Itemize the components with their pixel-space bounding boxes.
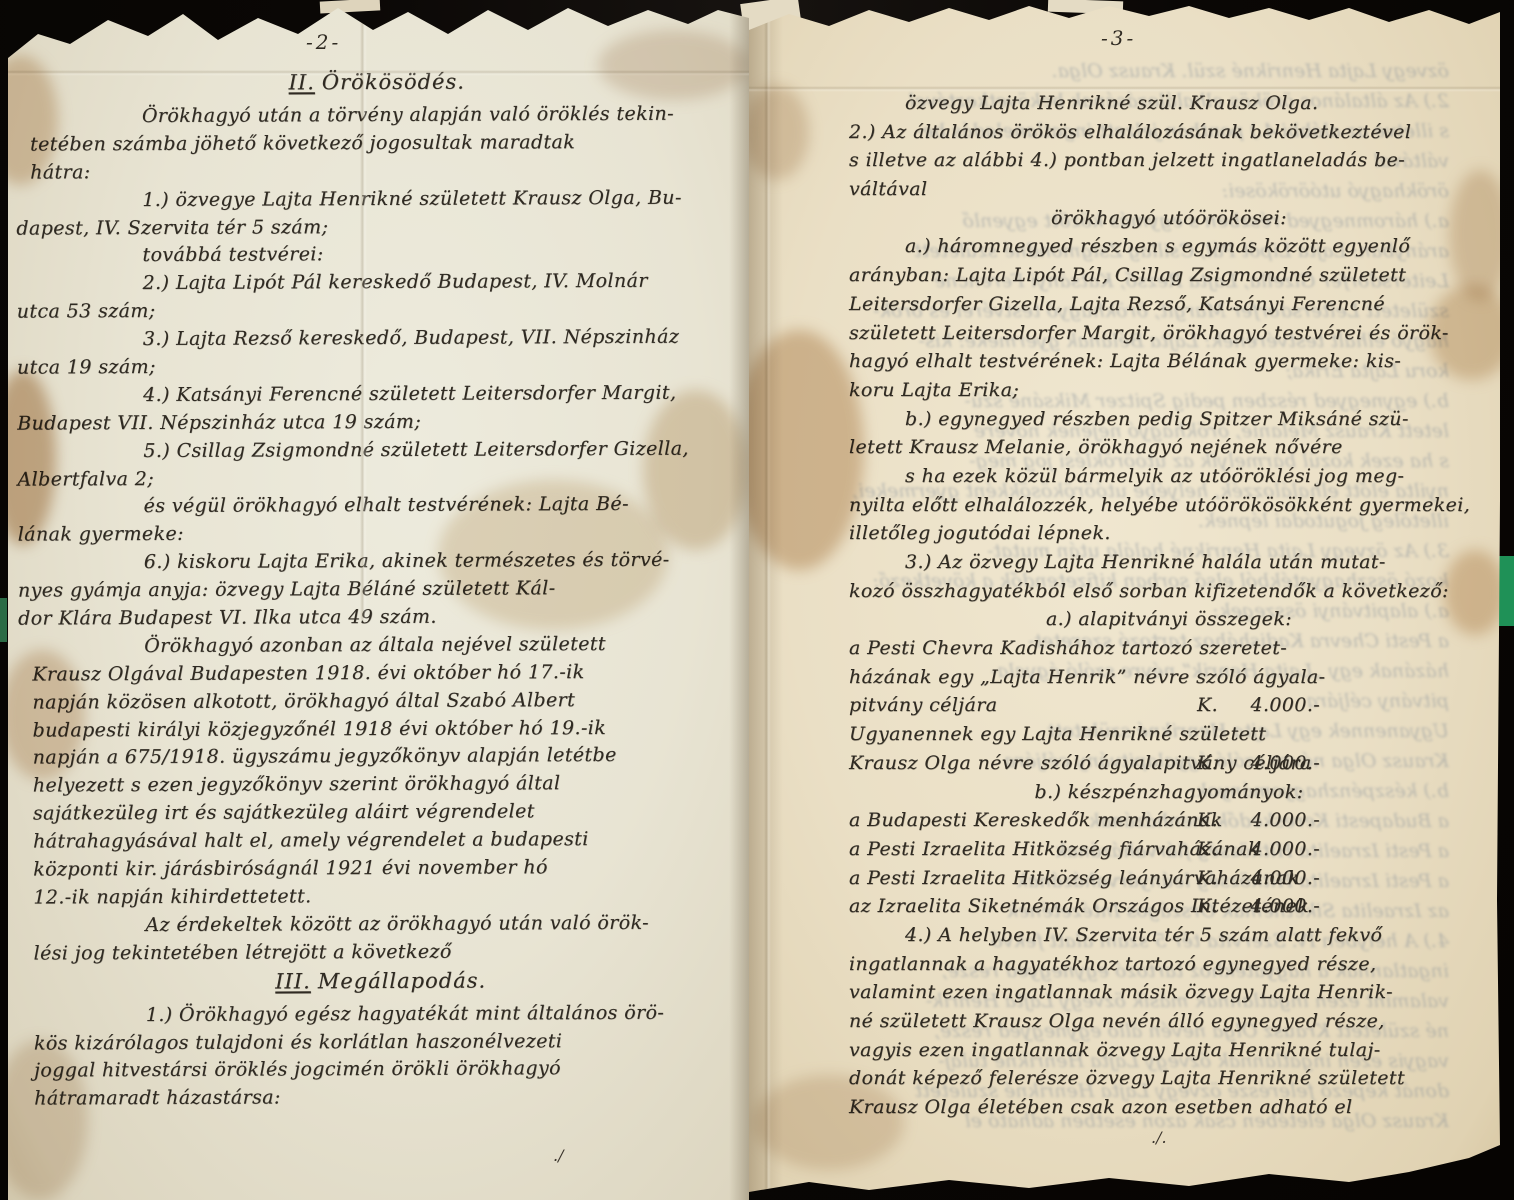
handwritten-line: hátrahagyásával halt el, amely végrendel… bbox=[33, 828, 727, 859]
line-text: sajátkezüleg irt és sajátkezüleg aláirt … bbox=[33, 801, 535, 825]
amount-value: K. 4.000.- bbox=[1197, 895, 1320, 917]
handwritten-line: ingatlannak a hagyatékhoz tartozó egyneg… bbox=[849, 953, 1489, 982]
handwritten-line: s ha ezek közül bármelyik az utóöröklési… bbox=[849, 465, 1489, 494]
line-text: hátrahagyásával halt el, amely végrendel… bbox=[33, 828, 589, 852]
handwritten-text-page-2: II.Örökösödés. Örökhagyó után a törvény … bbox=[30, 68, 729, 1115]
handwritten-line: 4.) Katsányi Ferencné született Leitersd… bbox=[31, 381, 725, 412]
handwritten-line: Örökhagyó azonban az általa nejével szül… bbox=[32, 632, 726, 663]
line-text: joggal hitvestársi öröklés jogcimén örök… bbox=[34, 1058, 561, 1082]
line-text: illetőleg jogutódai lépnek. bbox=[849, 522, 1111, 544]
line-text: hagyó elhalt testvérének: Lajta Bélának … bbox=[849, 350, 1401, 372]
line-text: budapesti királyi közjegyzőnél 1918 évi … bbox=[33, 717, 607, 742]
handwritten-line: budapesti királyi közjegyzőnél 1918 évi … bbox=[33, 716, 727, 747]
page-number: -3- bbox=[1101, 26, 1136, 50]
handwritten-line: a Pesti Chevra Kadishához tartozó szeret… bbox=[849, 637, 1489, 666]
line-text: vagyis ezen ingatlannak özvegy Lajta Hen… bbox=[849, 1039, 1381, 1061]
handwritten-line: s illetve az alábbi 4.) pontban jelzett … bbox=[849, 149, 1489, 178]
handwritten-line: dor Klára Budapest VI. Ilka utca 49 szám… bbox=[18, 605, 726, 636]
handwritten-line: Leitersdorfer Gizella, Lajta Rezső, Kats… bbox=[849, 293, 1489, 322]
line-text: 6.) kiskoru Lajta Erika, akinek természe… bbox=[144, 549, 670, 573]
amount-value: K. 4.000.- bbox=[1197, 752, 1320, 774]
line-text: hátra: bbox=[30, 161, 91, 183]
handwritten-line: II.Örökösödés. bbox=[30, 68, 724, 105]
line-text: koru Lajta Erika; bbox=[849, 379, 1019, 401]
section-numeral: III. bbox=[275, 969, 311, 993]
line-text: továbbá testvérei: bbox=[142, 244, 323, 267]
line-text: tetében számba jöhető következő jogosult… bbox=[30, 131, 575, 155]
handwritten-line: koru Lajta Erika; bbox=[849, 379, 1489, 408]
line-text: Krausz Olgával Budapesten 1918. évi októ… bbox=[32, 661, 584, 685]
handwritten-line: Krausz Olgával Budapesten 1918. évi októ… bbox=[32, 660, 726, 691]
handwritten-line: kös kizárólagos tulajdoni és korlátlan h… bbox=[34, 1029, 728, 1060]
handwritten-line: illetőleg jogutódai lépnek. bbox=[849, 522, 1489, 551]
line-text: 5.) Csillag Zsigmondné született Leiters… bbox=[143, 437, 689, 461]
line-text: lési jog tekintetében létrejött a követk… bbox=[34, 940, 452, 964]
line-text: napján közösen alkotott, örökhagyó által… bbox=[32, 689, 575, 713]
line-text: 2.) Lajta Lipót Pál kereskedő Budapest, … bbox=[143, 270, 648, 294]
handwritten-line: hátramaradt házastársa: bbox=[34, 1085, 728, 1116]
handwritten-line: a Pesti Izraelita Hitközség fiárvaházána… bbox=[849, 838, 1489, 867]
line-text: Budapest VII. Népszinház utca 19 szám; bbox=[17, 411, 421, 435]
line-text: központi kir. járásbiróságnál 1921 évi n… bbox=[33, 856, 548, 880]
handwritten-line: 1.) özvegye Lajta Henrikné született Kra… bbox=[30, 186, 724, 217]
line-text: b.) készpénzhagyományok: bbox=[1035, 781, 1304, 803]
handwritten-line: napján közösen alkotott, örökhagyó által… bbox=[32, 688, 726, 719]
line-text: a Pesti Chevra Kadishához tartozó szeret… bbox=[849, 637, 1287, 659]
amount-value: K. 4.000.- bbox=[1197, 838, 1320, 860]
document-scan: -2- II.Örökösödés. Örökhagyó után a törv… bbox=[0, 0, 1514, 1200]
stain bbox=[749, 85, 809, 180]
handwritten-line: hagyó elhalt testvérének: Lajta Bélának … bbox=[849, 350, 1489, 379]
line-text: a.) alapitványi összegek: bbox=[1046, 608, 1292, 630]
line-text: a Budapesti Kereskedők menházának bbox=[849, 809, 1223, 831]
line-text: 1.) özvegye Lajta Henrikné született Kra… bbox=[142, 186, 682, 210]
line-text: nyilta előtt elhalálozzék, helyébe utóör… bbox=[849, 494, 1470, 516]
handwritten-line: a.) háromnegyed részben s egymás között … bbox=[849, 235, 1489, 264]
line-text: 2.) Az általános örökös elhalálozásának … bbox=[849, 121, 1411, 143]
handwritten-line: napján a 675/1918. ügyszámu jegyzőkönyv … bbox=[33, 744, 727, 775]
handwritten-line: házának egy „Lajta Henrik” névre szóló á… bbox=[849, 666, 1489, 695]
line-text: Örökhagyó után a törvény alapján való ör… bbox=[142, 103, 674, 127]
line-text: nyes gyámja anyja: özvegy Lajta Béláné s… bbox=[18, 577, 556, 601]
handwritten-line: né született Krausz Olga nevén álló egyn… bbox=[849, 1010, 1489, 1039]
handwritten-line: dapest, IV. Szervita tér 5 szám; bbox=[16, 214, 724, 245]
handwritten-line: 4.) A helyben IV. Szervita tér 5 szám al… bbox=[849, 924, 1489, 953]
page-2-sheet: -2- II.Örökösödés. Örökhagyó után a törv… bbox=[8, 0, 749, 1200]
line-text: 3.) Lajta Rezső kereskedő, Budapest, VII… bbox=[143, 326, 679, 350]
handwritten-line: továbbá testvérei: bbox=[30, 242, 724, 273]
handwritten-line: 2.) Lajta Lipót Pál kereskedő Budapest, … bbox=[31, 270, 725, 301]
amount-value: K. 4.000.- bbox=[1197, 809, 1320, 831]
handwritten-line: kozó összhagyatékból első sorban kifizet… bbox=[849, 580, 1489, 609]
line-text: született Leitersdorfer Margit, örökhagy… bbox=[849, 322, 1449, 344]
handwritten-line: a Budapesti Kereskedők menházánakK. 4.00… bbox=[849, 809, 1489, 838]
handwritten-line: Krausz Olga névre szóló ágyalapitvány cé… bbox=[849, 752, 1489, 781]
handwritten-line: Budapest VII. Népszinház utca 19 szám; bbox=[17, 409, 725, 440]
line-text: helyezett s ezen jegyzőkönyv szerint örö… bbox=[33, 773, 561, 797]
handwritten-line: letett Krausz Melanie, örökhagyó nejének… bbox=[849, 436, 1489, 465]
line-text: utca 53 szám; bbox=[17, 300, 156, 323]
handwritten-line: nyes gyámja anyja: özvegy Lajta Béláné s… bbox=[18, 577, 726, 608]
stain bbox=[749, 330, 864, 570]
handwritten-line: lának gyermeke: bbox=[18, 521, 726, 552]
line-text: s illetve az alábbi 4.) pontban jelzett … bbox=[849, 149, 1405, 171]
line-text: arányban: Lajta Lipót Pál, Csillag Zsigm… bbox=[849, 264, 1406, 286]
line-text: házának egy „Lajta Henrik” névre szóló á… bbox=[849, 666, 1325, 688]
line-text: a.) háromnegyed részben s egymás között … bbox=[905, 235, 1410, 257]
line-text: utca 19 szám; bbox=[17, 356, 156, 379]
fold-crease bbox=[764, 0, 771, 1200]
line-text: kös kizárólagos tulajdoni és korlátlan h… bbox=[34, 1030, 562, 1054]
handwritten-line: központi kir. járásbiróságnál 1921 évi n… bbox=[33, 856, 727, 887]
page-3-sheet: özvegy Lajta Henrikné szül. Krausz Olga.… bbox=[749, 0, 1506, 1200]
section-numeral: II. bbox=[289, 70, 315, 94]
handwritten-line: özvegy Lajta Henrikné szül. Krausz Olga. bbox=[849, 92, 1489, 121]
line-text: dor Klára Budapest VI. Ilka utca 49 szám… bbox=[18, 606, 437, 630]
line-text: Albertfalva 2; bbox=[17, 468, 154, 491]
handwritten-line: Az érdekeltek között az örökhagyó után v… bbox=[33, 911, 727, 942]
handwritten-line: született Leitersdorfer Margit, örökhagy… bbox=[849, 322, 1489, 351]
handwritten-line: lési jog tekintetében létrejött a követk… bbox=[34, 939, 728, 970]
handwritten-line: helyezett s ezen jegyzőkönyv szerint örö… bbox=[33, 772, 727, 803]
continuation-mark: ./ bbox=[553, 1146, 563, 1165]
handwritten-line: b.) egynegyed részben pedig Spitzer Miks… bbox=[849, 408, 1489, 437]
page-number: -2- bbox=[306, 30, 341, 54]
handwritten-line: donát képező felerésze özvegy Lajta Henr… bbox=[849, 1067, 1489, 1096]
line-text: né született Krausz Olga nevén álló egyn… bbox=[849, 1010, 1385, 1032]
handwritten-line: a Pesti Izraelita Hitközség leányárvaház… bbox=[849, 867, 1489, 896]
handwritten-line: hátra: bbox=[30, 158, 724, 189]
line-text: b.) egynegyed részben pedig Spitzer Miks… bbox=[905, 408, 1409, 430]
handwritten-line: Albertfalva 2; bbox=[17, 465, 725, 496]
handwritten-line: és végül örökhagyó elhalt testvérének: L… bbox=[32, 493, 726, 524]
torn-paper-scrap bbox=[320, 0, 381, 14]
line-text: váltával bbox=[849, 178, 927, 200]
amount-value: K. 4.000.- bbox=[1197, 694, 1320, 716]
line-text: lának gyermeke: bbox=[18, 523, 184, 546]
line-text: Leitersdorfer Gizella, Lajta Rezső, Kats… bbox=[849, 293, 1385, 315]
line-text: letett Krausz Melanie, örökhagyó nejének… bbox=[849, 436, 1343, 458]
line-text: 1.) Örökhagyó egész hagyatékát mint álta… bbox=[146, 1001, 664, 1025]
line-text: és végül örökhagyó elhalt testvérének: L… bbox=[144, 493, 629, 517]
handwritten-line: b.) készpénzhagyományok: bbox=[849, 781, 1489, 810]
handwritten-line: 1.) Örökhagyó egész hagyatékát mint álta… bbox=[34, 1001, 728, 1032]
line-text: hátramaradt házastársa: bbox=[34, 1087, 281, 1110]
line-text: s ha ezek közül bármelyik az utóöröklési… bbox=[905, 465, 1404, 487]
handwritten-line: utca 19 szám; bbox=[17, 354, 725, 385]
handwritten-line: 12.-ik napján kihirdettetett. bbox=[33, 883, 727, 914]
handwritten-line: valamint ezen ingatlannak másik özvegy L… bbox=[849, 981, 1489, 1010]
continuation-mark: ./. bbox=[1151, 1128, 1167, 1147]
line-text: özvegy Lajta Henrikné szül. Krausz Olga. bbox=[905, 92, 1318, 114]
line-text: napján a 675/1918. ügyszámu jegyzőkönyv … bbox=[33, 744, 617, 769]
handwritten-line: az Izraelita Siketnémák Országos Intézet… bbox=[849, 895, 1489, 924]
handwritten-line: nyilta előtt elhalálozzék, helyébe utóör… bbox=[849, 494, 1489, 523]
line-text: Megállapodás. bbox=[318, 968, 486, 993]
handwritten-line: sajátkezüleg irt és sajátkezüleg aláirt … bbox=[33, 800, 727, 831]
line-text: kozó összhagyatékból első sorban kifizet… bbox=[849, 580, 1449, 602]
handwritten-line: 3.) Az özvegy Lajta Henrikné halála után… bbox=[849, 551, 1489, 580]
handwritten-line: 2.) Az általános örökös elhalálozásának … bbox=[849, 121, 1489, 150]
line-text: Az érdekeltek között az örökhagyó után v… bbox=[145, 912, 649, 936]
amount-value: K. 4.000.- bbox=[1197, 867, 1320, 889]
line-text: Ugyanennek egy Lajta Henrikné született bbox=[849, 723, 1266, 745]
handwritten-line: 5.) Csillag Zsigmondné született Leiters… bbox=[31, 437, 725, 468]
line-text: donát képező felerésze özvegy Lajta Henr… bbox=[849, 1067, 1405, 1089]
handwritten-line: pitvány céljáraK. 4.000.- bbox=[849, 694, 1489, 723]
handwritten-line: 6.) kiskoru Lajta Erika, akinek természe… bbox=[32, 549, 726, 580]
handwritten-line: Krausz Olga életében csak azon esetben a… bbox=[849, 1096, 1489, 1125]
handwritten-line: 3.) Lajta Rezső kereskedő, Budapest, VII… bbox=[31, 326, 725, 357]
line-text: 3.) Az özvegy Lajta Henrikné halála után… bbox=[905, 551, 1386, 573]
line-text: Örökhagyó azonban az általa nejével szül… bbox=[144, 633, 606, 657]
line-text: Örökösödés. bbox=[322, 70, 465, 95]
green-edge-mark-left bbox=[0, 598, 7, 642]
line-text: ingatlannak a hagyatékhoz tartozó egyneg… bbox=[849, 953, 1376, 975]
handwritten-line: tetében számba jöhető következő jogosult… bbox=[30, 130, 724, 161]
line-text: 4.) A helyben IV. Szervita tér 5 szám al… bbox=[905, 924, 1382, 946]
line-text: örökhagyó utóörökösei: bbox=[1051, 207, 1287, 229]
handwritten-line: Örökhagyó után a törvény alapján való ör… bbox=[30, 102, 724, 133]
handwritten-line: Ugyanennek egy Lajta Henrikné született bbox=[849, 723, 1489, 752]
line-text: 12.-ik napján kihirdettetett. bbox=[33, 885, 311, 908]
line-text: pitvány céljára bbox=[849, 694, 998, 716]
line-text: 4.) Katsányi Ferencné született Leitersd… bbox=[143, 382, 676, 406]
handwritten-text-page-3: özvegy Lajta Henrikné szül. Krausz Olga.… bbox=[849, 92, 1489, 1125]
handwritten-line: a.) alapitványi összegek: bbox=[849, 608, 1489, 637]
line-text: Krausz Olga életében csak azon esetben a… bbox=[849, 1096, 1353, 1118]
handwritten-line: arányban: Lajta Lipót Pál, Csillag Zsigm… bbox=[849, 264, 1489, 293]
handwritten-line: III.Megállapodás. bbox=[34, 967, 728, 1004]
handwritten-line: váltával bbox=[849, 178, 1489, 207]
handwritten-line: örökhagyó utóörökösei: bbox=[849, 207, 1489, 236]
handwritten-line: vagyis ezen ingatlannak özvegy Lajta Hen… bbox=[849, 1039, 1489, 1068]
line-text: valamint ezen ingatlannak másik özvegy L… bbox=[849, 981, 1393, 1003]
line-text: dapest, IV. Szervita tér 5 szám; bbox=[16, 216, 328, 239]
handwritten-line: utca 53 szám; bbox=[17, 298, 725, 329]
ghost-line: özvegy Lajta Henrikné szül. Krausz Olga. bbox=[789, 60, 1449, 90]
handwritten-line: joggal hitvestársi öröklés jogcimén örök… bbox=[34, 1057, 728, 1088]
